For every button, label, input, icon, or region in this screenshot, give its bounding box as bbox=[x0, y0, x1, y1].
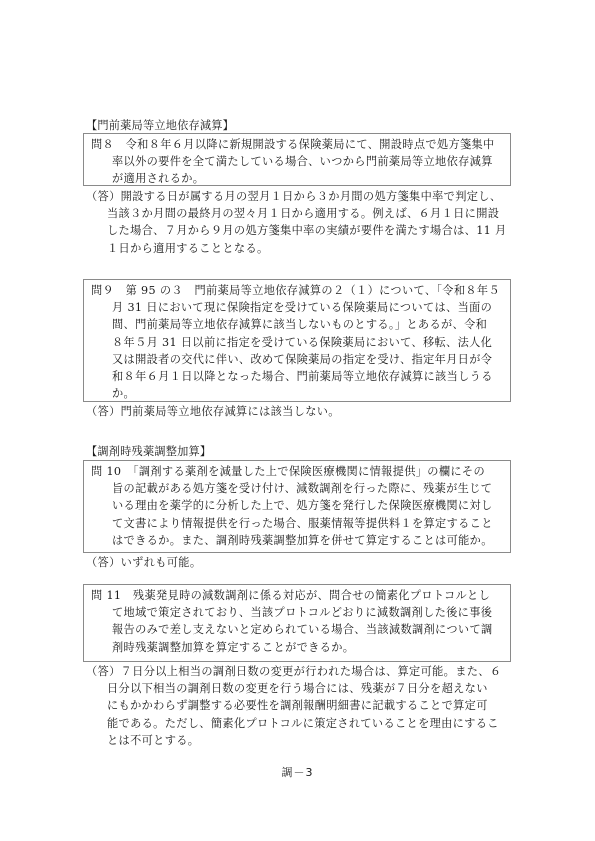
question-text-line: 旨の記載がある処方箋を受け付け、減数調剤を行った際に、残薬が生じて bbox=[91, 480, 504, 497]
answer-text-line: にもかかわらず調整する必要性を調剤報酬明細書に記載することで算定可 bbox=[86, 697, 516, 714]
question-text-line: 問 10 「調剤する薬剤を減量した上で保険医療機関に情報提供」の欄にその bbox=[91, 463, 504, 480]
question-text-line: 問９ 第 95 の３ 門前薬局等立地依存減算の２（１）について、「令和８年５ bbox=[91, 282, 504, 299]
answer-text-line: （答）門前薬局等立地依存減算には該当しない。 bbox=[86, 403, 516, 420]
document-page: 【門前薬局等立地依存減算】 問８ 令和８年６月以降に新規開設する保険薬局にて、開… bbox=[0, 0, 595, 841]
question-text-line: 率以外の要件を全て満たしている場合、いつから門前薬局等立地依存減算 bbox=[91, 153, 504, 170]
answer-block-q8: （答）開設する日が属する月の翌月１日から３か月間の処方箋集中率で判定し、 当該３… bbox=[86, 188, 516, 257]
answer-block-q9: （答）門前薬局等立地依存減算には該当しない。 bbox=[86, 403, 516, 420]
question-text-line: 和８年６月１日以降となった場合、門前薬局等立地依存減算に該当しうる bbox=[91, 368, 504, 385]
question-text-line: て地域で策定されており、当該プロトコルどおりに減数調剤した後に事後 bbox=[91, 604, 504, 621]
answer-text-line: 日分以下相当の調剤日数の変更を行う場合には、残薬が７日分を超えない bbox=[86, 680, 516, 697]
answer-text-line: 能である。ただし、簡素化プロトコルに策定されていることを理由にするこ bbox=[86, 715, 516, 732]
question-text-line: はできるか。また、調剤時残薬調整加算を併せて算定することは可能か。 bbox=[91, 532, 504, 549]
question-text-line: ８年５月 31 日以前に指定を受けている保険薬局において、移転、法人化 bbox=[91, 334, 504, 351]
question-text-line: いる理由を薬学的に分析した上で、処方箋を発行した保険医療機関に対し bbox=[91, 497, 504, 514]
answer-text-line: した場合、７月から９月の処方箋集中率の実績が要件を満たす場合は、11 月 bbox=[86, 222, 516, 239]
question-text-line: て文書により情報提供を行った場合、服薬情報等提供料１を算定すること bbox=[91, 515, 504, 532]
question-text-line: 又は開設者の交代に伴い、改めて保険薬局の指定を受け、指定年月日が令 bbox=[91, 351, 504, 368]
question-box-q9: 問９ 第 95 の３ 門前薬局等立地依存減算の２（１）について、「令和８年５ 月… bbox=[83, 279, 511, 402]
page-number: 調－3 bbox=[0, 764, 595, 780]
question-text-line: か。 bbox=[91, 385, 504, 402]
question-text-line: 報告のみで差し支えないと定められている場合、当該減数調剤について調 bbox=[91, 621, 504, 638]
answer-text-line: 当該３か月間の最終月の翌々月１日から適用する。例えば、６月１日に開設 bbox=[86, 205, 516, 222]
answer-text-line: （答）開設する日が属する月の翌月１日から３か月間の処方箋集中率で判定し、 bbox=[86, 188, 516, 205]
section-heading-zanyaku: 【調剤時残薬調整加算】 bbox=[86, 443, 211, 460]
answer-text-line: （答）７日分以上相当の調剤日数の変更が行われた場合は、算定可能。また、６ bbox=[86, 663, 516, 680]
question-text-line: 間、門前薬局等立地依存減算に該当しないものとする。」とあるが、令和 bbox=[91, 316, 504, 333]
question-text-line: 問 11 残薬発見時の減数調剤に係る対応が、問合せの簡素化プロトコルとし bbox=[91, 587, 504, 604]
question-text-line: 剤時残薬調整加算を算定することができるか。 bbox=[91, 639, 504, 656]
section-heading-monzen: 【門前薬局等立地依存減算】 bbox=[86, 117, 234, 134]
answer-text-line: １日から適用することとなる。 bbox=[86, 240, 516, 257]
question-text-line: 月 31 日において現に保険指定を受けている保険薬局については、当面の bbox=[91, 299, 504, 316]
question-box-q11: 問 11 残薬発見時の減数調剤に係る対応が、問合せの簡素化プロトコルとし て地域… bbox=[83, 584, 511, 662]
answer-text-line: とは不可とする。 bbox=[86, 732, 516, 749]
question-text-line: 問８ 令和８年６月以降に新規開設する保険薬局にて、開設時点で処方箋集中 bbox=[91, 136, 504, 153]
question-box-q10: 問 10 「調剤する薬剤を減量した上で保険医療機関に情報提供」の欄にその 旨の記… bbox=[83, 460, 511, 553]
answer-block-q10: （答）いずれも可能。 bbox=[86, 554, 516, 571]
answer-block-q11: （答）７日分以上相当の調剤日数の変更が行われた場合は、算定可能。また、６ 日分以… bbox=[86, 663, 516, 749]
question-text-line: が適用されるか。 bbox=[91, 170, 504, 187]
question-box-q8: 問８ 令和８年６月以降に新規開設する保険薬局にて、開設時点で処方箋集中 率以外の… bbox=[83, 133, 511, 186]
answer-text-line: （答）いずれも可能。 bbox=[86, 554, 516, 571]
